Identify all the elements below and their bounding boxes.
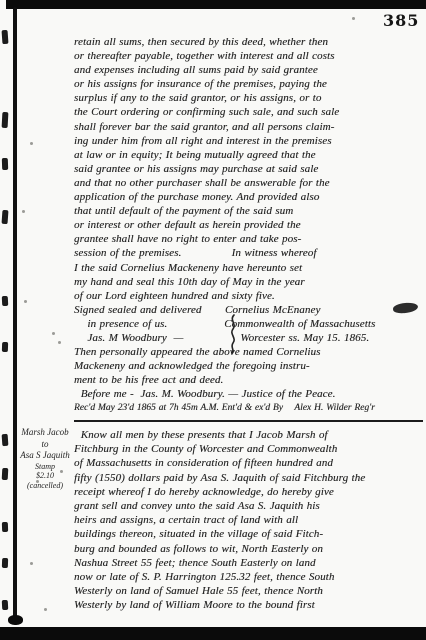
edge-bleed-mark [2,30,9,44]
margin-note-line: Stamp [14,462,76,472]
handwritten-line: Rec'd May 23'd 1865 at 7h 45m A.M. Ent'd… [74,401,426,415]
edge-bleed-mark [2,434,9,446]
bottom-scan-border [0,627,426,640]
handwritten-line: in presence of us. Commonwealth of Massa… [74,317,426,331]
handwritten-line: now or late of S. P. Harrington 125.32 f… [74,570,426,584]
handwritten-line: Know all men by these presents that I Ja… [74,428,426,442]
handwritten-line: or interest or other default as herein p… [74,218,426,232]
handwritten-line: application of the purchase money. And p… [74,190,426,204]
edge-bleed-mark [2,158,8,170]
paper-speck [30,562,33,565]
edge-bleed-mark [2,468,9,480]
handwritten-line: burg and bounded as follows to wit, Nort… [74,542,426,556]
handwritten-line: Nashua Street 55 feet; thence South East… [74,556,426,570]
deed-book-page: 385 retain all sums, then secured by thi… [0,0,426,640]
margin-note-line: Marsh Jacob [14,427,76,439]
handwritten-line: Jas. M Woodbury — Worcester ss. May 15. … [74,331,426,345]
handwritten-line: shall forever bar the said grantor, and … [74,120,426,134]
margin-note-marsh-to-jaquith: Marsh JacobtoAsa S JaquithStamp$2.10(can… [14,427,76,490]
paper-speck [352,17,355,20]
handwritten-line: or his assigns for insurance of the prem… [74,77,426,91]
edge-bleed-mark [2,112,9,128]
record-separator-rule [74,420,423,422]
handwritten-line: Signed sealed and delivered Cornelius Mc… [74,303,426,317]
handwritten-line: the Court ordering or confirming such sa… [74,105,426,119]
edge-bleed-mark [2,210,9,224]
handwritten-line: Fitchburg in the County of Worcester and… [74,442,426,456]
paper-speck [44,608,47,611]
handwritten-line: Mackeneny and acknowledged the foregoing… [74,359,426,373]
handwritten-line: Westerly on land of Samuel Hale 55 feet,… [74,584,426,598]
margin-note-line: Asa S Jaquith [14,450,76,462]
edge-bleed-mark [2,296,9,306]
page-number: 385 [383,11,419,30]
handwritten-line: I the said Cornelius Mackeneny have here… [74,261,426,275]
handwritten-line: of our Lord eighteen hundred and sixty f… [74,289,426,303]
handwritten-line: grant sell and convey unto the said Asa … [74,499,426,513]
edge-bleed-mark [2,600,9,610]
handwritten-line: ment to be his free act and deed. [74,373,426,387]
handwritten-line: heirs and assigns, a certain tract of la… [74,513,426,527]
handwritten-line: grantee shall have no right to enter and… [74,232,426,246]
handwritten-line: of Massachusetts in consideration of fif… [74,456,426,470]
paper-speck [52,332,55,335]
handwritten-line: said grantee or his assigns may purchase… [74,162,426,176]
handwritten-line: Westerly by land of William Moore to the… [74,598,426,612]
handwritten-line: surplus if any to the said grantor, or h… [74,91,426,105]
handwritten-line: fifty (1550) dollars paid by Asa S. Jaqu… [74,471,426,485]
record-marsh-jaquith-deed-text: Know all men by these presents that I Ja… [74,428,426,612]
handwritten-line: and expenses including all sums paid by … [74,63,426,77]
margin-note-line: $2.10 [14,471,76,481]
paper-speck [22,210,25,213]
handwritten-line: that until default of the payment of the… [74,204,426,218]
binding-edge-line [13,7,17,622]
handwritten-line: Before me - Jas. M. Woodbury. — Justice … [74,387,426,401]
paper-speck [24,300,27,303]
record-mackeneny-mortgage-text: retain all sums, then secured by this de… [74,35,426,416]
handwritten-line: and that no other purchaser shall be ans… [74,176,426,190]
handwritten-line: ing under him from all right and interes… [74,134,426,148]
edge-bleed-mark [2,558,8,568]
brace-icon [228,314,238,354]
handwritten-line: Then personally appeared the above named… [74,345,426,359]
handwritten-line: retain all sums, then secured by this de… [74,35,426,49]
paper-speck [58,341,61,344]
edge-bleed-mark [2,342,8,352]
handwritten-line: receipt whereof I do hereby acknowledge,… [74,485,426,499]
margin-note-line: (cancelled) [14,481,76,491]
paper-speck [30,142,33,145]
handwritten-line: or thereafter payable, together with int… [74,49,426,63]
handwritten-line: session of the premises. In witness wher… [74,246,426,260]
handwritten-line: at law or in equity; It being mutually a… [74,148,426,162]
handwritten-line: my hand and seal this 10th day of May in… [74,275,426,289]
margin-note-line: to [14,439,76,451]
handwritten-line: buildings thereon, situated in the villa… [74,527,426,541]
edge-bleed-mark [2,522,8,532]
top-scan-border [6,0,426,9]
